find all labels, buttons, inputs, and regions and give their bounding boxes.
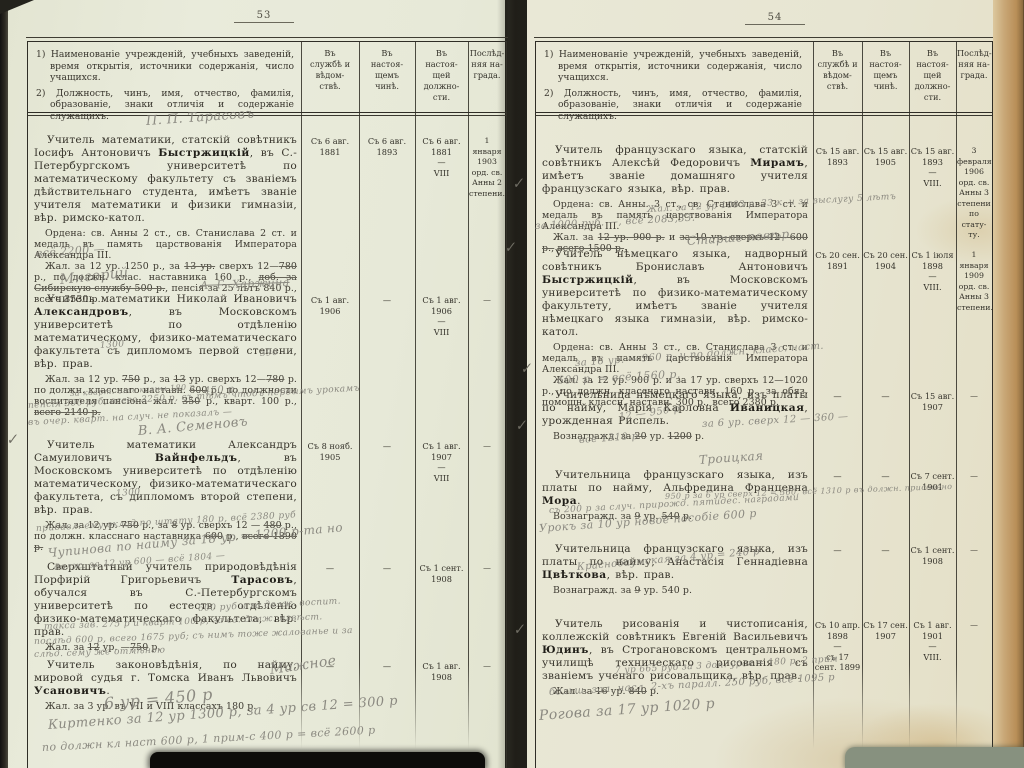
position-date-cell: Съ 7 сент. 1901 bbox=[910, 471, 955, 492]
page-number: 53 bbox=[234, 10, 294, 23]
entry-text: Ордена: св. Анны 3 ст., св. Станислава 3… bbox=[542, 342, 808, 375]
entry-text: 780 bbox=[279, 261, 297, 272]
entry-description: Сверхштатный учитель природовѣдѣнія Порф… bbox=[34, 561, 297, 653]
entry-text: Учитель математики Николай Ивановичъ bbox=[47, 293, 297, 305]
person-name: Мора bbox=[542, 495, 577, 507]
entry-text: 840 bbox=[629, 686, 647, 697]
entry-text: р. bbox=[692, 431, 704, 442]
entry-detail-text: Вознагражд. за 9 ур. 540 р. bbox=[542, 511, 808, 522]
position-date-cell: Съ 1 авг. 1906 — VIII bbox=[416, 295, 467, 337]
entry-text: р., за bbox=[139, 520, 172, 531]
pencil-checkmark: ✓ bbox=[519, 360, 533, 377]
position-date-cell: Съ 6 авг. 1881 — VIII bbox=[416, 136, 467, 178]
page-54: 54 1) Наименованіе учрежденій, учебныхъ … bbox=[527, 0, 993, 768]
service-date-cell: — bbox=[814, 391, 861, 402]
entry-description: Учитель математики, статскій совѣтникъ І… bbox=[34, 134, 297, 305]
entry-description: Учительница французскаго языка, изъ плат… bbox=[542, 543, 808, 596]
entry-text: ур. bbox=[608, 686, 629, 697]
service-date-cell: Съ 1 авг. 1906 bbox=[302, 295, 358, 316]
entry-detail-text: Жал. за 12 ур. 750 р., за 13 ур. сверхъ … bbox=[34, 374, 297, 418]
entry-text: р. bbox=[148, 642, 160, 653]
position-date-cell: Съ 15 авг. 1893 — VIII. bbox=[910, 146, 955, 188]
person-name: Александровъ bbox=[34, 306, 129, 318]
entry-description: Учитель нѣмецкаго языка, надворный совѣт… bbox=[542, 248, 808, 408]
entry-text: 13 ур. bbox=[184, 261, 215, 272]
entry-detail-text: Жал. за 16 ур. 840 р. bbox=[542, 686, 808, 697]
entry-text: 12 ур. 900 р. bbox=[598, 232, 665, 243]
scan-shadow-bottom-left bbox=[150, 752, 485, 768]
scan-shadow-bottom-right bbox=[845, 747, 1024, 768]
entry-text: ур. 540 р. bbox=[641, 585, 692, 596]
rank-date-cell: — bbox=[360, 661, 414, 672]
entry-text: 750 bbox=[130, 642, 148, 653]
entry-text: 750 bbox=[122, 374, 140, 385]
entry-text: всего 2140 р. bbox=[34, 407, 101, 418]
entry-text: Учитель рисованія и чистописанія, коллеж… bbox=[542, 618, 808, 643]
page-53: 53 1) Наименованіе учрежденій, учебныхъ … bbox=[8, 0, 505, 768]
entry-text: р. bbox=[647, 686, 659, 697]
entry-main-text: Учитель рисованія и чистописанія, коллеж… bbox=[542, 618, 808, 683]
entry-text: , вѣр. прав. bbox=[607, 569, 675, 581]
entry-text: Вознагражд. за bbox=[553, 511, 635, 522]
position-date-cell: Съ 1 авг. 1907 — VIII bbox=[416, 441, 467, 483]
pencil-checkmark: ✓ bbox=[512, 621, 526, 638]
page-number: 54 bbox=[745, 12, 805, 25]
rank-date-cell: Съ 6 авг. 1893 bbox=[360, 136, 414, 157]
person-name: Вайнфельдъ bbox=[155, 452, 238, 464]
position-date-cell: Съ 1 авг. 1908 bbox=[416, 661, 467, 682]
person-name: Иваницкая bbox=[730, 402, 805, 414]
award-cell: — bbox=[957, 471, 991, 482]
entry-text: Жал. за 12 ур. bbox=[45, 520, 121, 531]
entry-detail-text: Вознагражд. за 20 ур. 1200 р. bbox=[542, 431, 808, 442]
entry-text: . bbox=[577, 495, 581, 507]
entry-description: Учитель рисованія и чистописанія, коллеж… bbox=[542, 618, 808, 697]
award-cell: — bbox=[957, 620, 991, 631]
service-date-cell: Съ 10 апр. 1898 — съ 17 сент. 1899 bbox=[814, 620, 861, 673]
award-cell: — bbox=[957, 545, 991, 556]
entry-text: ур. bbox=[641, 511, 662, 522]
entry-detail-text: Ордена: св. Анны 2 ст., св. Станислава 2… bbox=[34, 228, 297, 261]
entry-main-text: Учитель математики Александръ Самуилович… bbox=[34, 439, 297, 517]
entry-text: ур. bbox=[647, 431, 668, 442]
service-date-cell: — bbox=[302, 563, 358, 574]
entry-text: 540 bbox=[662, 511, 680, 522]
service-date-cell: — bbox=[302, 661, 358, 672]
entry-text: 750 bbox=[121, 520, 139, 531]
person-name: Быстржицкій bbox=[542, 274, 634, 286]
entry-text: 1200 bbox=[668, 431, 692, 442]
award-cell: 3 февраля 1906 орд. св. Анны 3 степени п… bbox=[957, 146, 991, 241]
entry-text: р., кварт. 100 р., bbox=[200, 396, 297, 407]
entry-text: 600 bbox=[205, 531, 223, 542]
entry-text: Жал. за bbox=[553, 686, 596, 697]
entry-text: Ордена: св. Анны 2 ст., св. Станислава 2… bbox=[34, 228, 297, 261]
service-date-cell: — bbox=[814, 471, 861, 482]
rank-date-cell: — bbox=[360, 563, 414, 574]
person-name: Цвѣткова bbox=[542, 569, 607, 581]
scanned-register-spread: 53 1) Наименованіе учрежденій, учебныхъ … bbox=[0, 0, 1024, 768]
entry-description: Учитель математики Александръ Самуилович… bbox=[34, 439, 297, 553]
entry-description: Учитель законовѣдѣнія, по найму, мировой… bbox=[34, 659, 297, 712]
entry-text: Жал. за 12 ур. 1250 р., за bbox=[45, 261, 184, 272]
entry-detail-text: Вознагражд. за 9 ур. 540 р. bbox=[542, 585, 808, 596]
entry-description: Учительница французскаго языка, изъ плат… bbox=[542, 469, 808, 522]
entry-text: 480 bbox=[263, 520, 281, 531]
entry-text: сверхъ 12— bbox=[215, 261, 279, 272]
entry-detail-text: Ордена: св. Анны. 3 ст., св. Станислава … bbox=[542, 199, 808, 232]
entry-main-text: Учитель нѣмецкаго языка, надворный совѣт… bbox=[542, 248, 808, 339]
entry-text: и bbox=[665, 232, 680, 243]
rank-date-cell: — bbox=[863, 545, 908, 556]
entry-detail-text: Жал. за 3 ур. въ VII и VIII классахъ 180… bbox=[34, 701, 297, 712]
page-edge bbox=[993, 0, 1024, 768]
entry-text: Учитель законовѣдѣнія, по найму, мировой… bbox=[34, 659, 297, 684]
entry-text: р., bbox=[223, 531, 242, 542]
entry-text: р., за bbox=[140, 374, 173, 385]
entry-description: Учительница нѣмецкаго языка, изъ платы п… bbox=[542, 389, 808, 442]
service-date-cell: Съ 15 авг. 1893 bbox=[814, 146, 861, 167]
entry-text: 600 bbox=[189, 385, 207, 396]
entry-text: 13 bbox=[174, 374, 186, 385]
entry-main-text: Учитель математики Николай Ивановичъ Але… bbox=[34, 293, 297, 371]
entry-main-text: Учитель французскаго языка, статскій сов… bbox=[542, 144, 808, 196]
position-date-cell: Съ 15 авг. 1907 bbox=[910, 391, 955, 412]
service-date-cell: Съ 8 нояб. 1905 bbox=[302, 441, 358, 462]
page-gutter bbox=[497, 0, 527, 768]
person-name: Усановичъ bbox=[34, 685, 106, 697]
entry-text: 12 bbox=[88, 642, 100, 653]
rank-date-cell: — bbox=[360, 441, 414, 452]
position-date-cell: Съ 1 сент. 1908 bbox=[416, 563, 467, 584]
pencil-checkmark: ✓ bbox=[5, 431, 19, 448]
entry-text: Учитель нѣмецкаго языка, надворный совѣт… bbox=[542, 248, 808, 273]
rank-date-cell: — bbox=[863, 391, 908, 402]
entry-main-text: Учительница французскаго языка, изъ плат… bbox=[542, 543, 808, 582]
rank-date-cell: Съ 20 сен. 1904 bbox=[863, 250, 908, 271]
entry-text: Вознагражд. за bbox=[553, 585, 635, 596]
binding-edge bbox=[0, 0, 8, 768]
entry-detail-text: Жал. за 12 ур. —750 р. bbox=[34, 642, 297, 653]
service-date-cell: Съ 20 сен. 1891 bbox=[814, 250, 861, 271]
entry-text: 350 bbox=[182, 396, 200, 407]
position-date-cell: Съ 1 іюля 1898 — VIII. bbox=[910, 250, 955, 292]
register-table: 1) Наименованіе учрежденій, учебныхъ зав… bbox=[27, 41, 507, 768]
entry-text: . bbox=[106, 685, 110, 697]
pencil-checkmark: ✓ bbox=[514, 417, 528, 434]
register-table: 1) Наименованіе учрежденій, учебныхъ зав… bbox=[535, 41, 993, 768]
entry-text: Учительница французскаго языка, изъ плат… bbox=[542, 469, 808, 494]
entry-text: 780 bbox=[266, 374, 284, 385]
entry-text: Жал. за 3 ур. въ VII и VIII классахъ 180… bbox=[45, 701, 257, 712]
rank-date-cell: — bbox=[360, 295, 414, 306]
position-date-cell: Съ 1 авг. 1901 — VIII. bbox=[910, 620, 955, 662]
entry-text: р. bbox=[680, 511, 692, 522]
service-date-cell: — bbox=[814, 545, 861, 556]
entry-main-text: Учитель законовѣдѣнія, по найму, мировой… bbox=[34, 659, 297, 698]
person-name: Быстржицкій bbox=[158, 147, 250, 159]
entry-text: Жал. за 12 ур. bbox=[45, 374, 122, 385]
table-body: Учитель французскаго языка, статскій сов… bbox=[536, 42, 992, 768]
entry-text: ур. сверхъ 12— bbox=[186, 374, 267, 385]
rank-date-cell: Съ 17 сен. 1907 bbox=[863, 620, 908, 641]
person-name: Тарасовъ bbox=[231, 574, 293, 586]
entry-detail-text: Жал. за 12 ур. 750 р., за 8 ур. сверхъ 1… bbox=[34, 520, 297, 553]
award-cell: 1 января 1909 орд. св. Анны 3 степени. bbox=[957, 250, 991, 313]
person-name: Мирамъ bbox=[750, 157, 804, 169]
entry-text: Вознагражд. за bbox=[553, 431, 635, 442]
entry-description: Учитель математики Николай Ивановичъ Але… bbox=[34, 293, 297, 418]
pencil-checkmark: ✓ bbox=[503, 239, 517, 256]
award-cell: — bbox=[957, 391, 991, 402]
entry-text: Учительница французскаго языка, изъ плат… bbox=[542, 543, 808, 568]
entry-text: 20 bbox=[635, 431, 647, 442]
table-body: Учитель математики, статскій совѣтникъ І… bbox=[28, 42, 506, 768]
service-date-cell: Съ 6 авг. 1881 bbox=[302, 136, 358, 157]
entry-text: Ордена: св. Анны. 3 ст., св. Станислава … bbox=[542, 199, 808, 232]
entry-detail-text: Ордена: св. Анны 3 ст., св. Станислава 3… bbox=[542, 342, 808, 375]
position-date-cell: Съ 1 сент. 1908 bbox=[910, 545, 955, 566]
entry-main-text: Сверхштатный учитель природовѣдѣнія Порф… bbox=[34, 561, 297, 639]
entry-text: 16 bbox=[596, 686, 608, 697]
entry-text: Жал. за bbox=[45, 642, 88, 653]
entry-text: ур. — bbox=[100, 642, 130, 653]
entry-main-text: Учительница французскаго языка, изъ плат… bbox=[542, 469, 808, 508]
entry-main-text: Учительница нѣмецкаго языка, изъ платы п… bbox=[542, 389, 808, 428]
entry-text: ур. сверхъ 12 — bbox=[178, 520, 264, 531]
entry-text: р., по должн. клас. наставника 160 р., bbox=[34, 272, 259, 283]
entry-main-text: Учитель математики, статскій совѣтникъ І… bbox=[34, 134, 297, 225]
entry-description: Учитель французскаго языка, статскій сов… bbox=[542, 144, 808, 254]
person-name: Юдинъ bbox=[542, 644, 589, 656]
pencil-checkmark: ✓ bbox=[511, 175, 525, 192]
entry-text: Жал. за bbox=[553, 232, 598, 243]
rank-date-cell: Съ 15 авг. 1905 bbox=[863, 146, 908, 167]
rank-date-cell: — bbox=[863, 471, 908, 482]
